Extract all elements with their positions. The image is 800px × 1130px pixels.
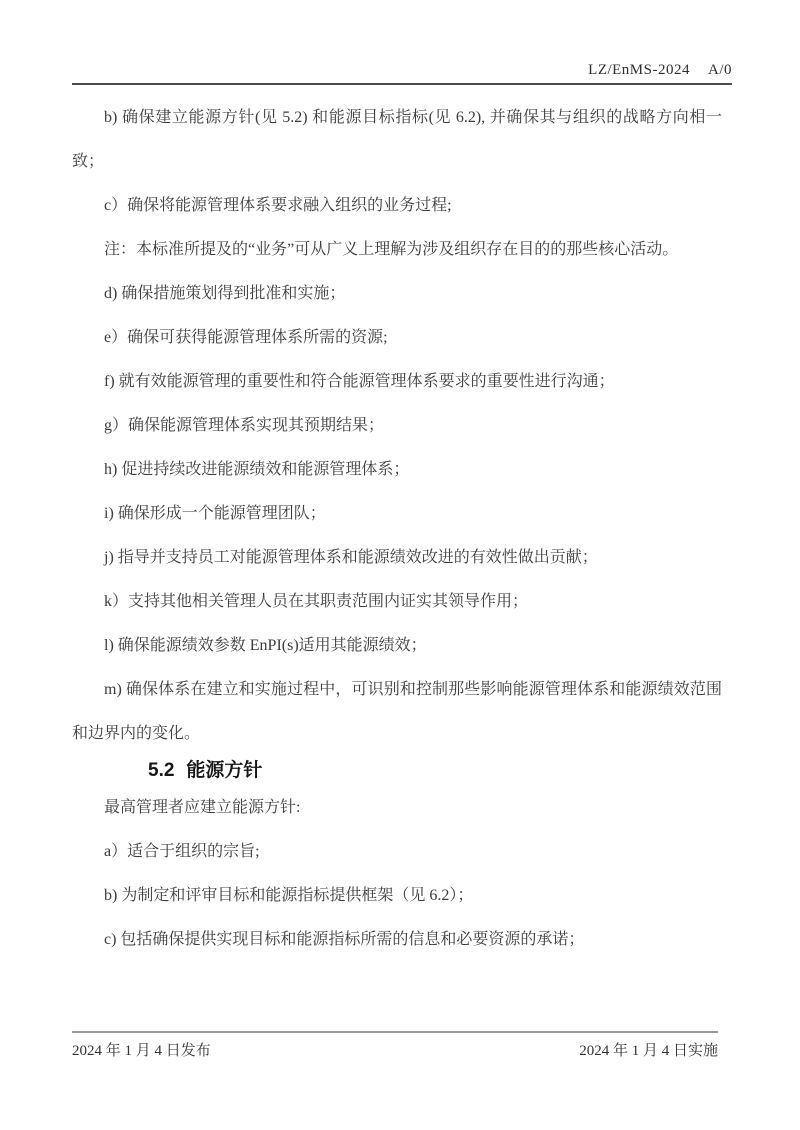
section-intro: 最高管理者应建立能源方针: (72, 786, 722, 830)
page-header: LZ/EnMS-2024A/0 (72, 62, 732, 85)
implement-date: 2024 年 1 月 4 日实施 (579, 1039, 718, 1060)
document-code: LZ/EnMS-2024 (588, 62, 690, 78)
list-item-j: j) 指导并支持员工对能源管理体系和能源绩效改进的有效性做出贡献； (72, 536, 722, 580)
list-item-d: d) 确保措施策划得到批准和实施； (72, 272, 722, 316)
section-item-b: b) 为制定和评审目标和能源指标提供框架（见 6.2）； (72, 874, 722, 918)
document-page: LZ/EnMS-2024A/0 b) 确保建立能源方针(见 5.2) 和能源目标… (0, 0, 800, 1130)
section-title: 能源方针 (186, 760, 262, 781)
list-item-g: g）确保能源管理体系实现其预期结果； (72, 404, 722, 448)
list-item-e: e）确保可获得能源管理体系所需的资源; (72, 316, 722, 360)
section-item-c: c) 包括确保提供实现目标和能源指标所需的信息和必要资源的承诺； (72, 918, 722, 962)
list-item-i: i) 确保形成一个能源管理团队； (72, 492, 722, 536)
list-item-m: m) 确保体系在建立和实施过程中，可识别和控制那些影响能源管理体系和能源绩效范围… (72, 668, 722, 756)
list-item-f: f) 就有效能源管理的重要性和符合能源管理体系要求的重要性进行沟通； (72, 360, 722, 404)
list-item-c: c）确保将能源管理体系要求融入组织的业务过程; (72, 184, 722, 228)
list-item-b: b) 确保建立能源方针(见 5.2) 和能源目标指标(见 6.2), 并确保其与… (72, 96, 722, 184)
list-item-h: h) 促进持续改进能源绩效和能源管理体系； (72, 448, 722, 492)
note-line: 注：本标准所提及的“业务”可从广义上理解为涉及组织存在目的的那些核心活动。 (72, 228, 722, 272)
document-body: b) 确保建立能源方针(见 5.2) 和能源目标指标(见 6.2), 并确保其与… (72, 96, 722, 962)
section-number: 5.2 (110, 756, 174, 786)
list-item-l: l) 确保能源绩效参数 EnPI(s)适用其能源绩效； (72, 624, 722, 668)
section-heading: 5.2能源方针 (72, 756, 722, 786)
list-item-k: k）支持其他相关管理人员在其职责范围内证实其领导作用； (72, 580, 722, 624)
section-item-a: a）适合于组织的宗旨; (72, 830, 722, 874)
release-date: 2024 年 1 月 4 日发布 (72, 1039, 211, 1060)
document-version: A/0 (708, 62, 732, 79)
page-footer: 2024 年 1 月 4 日发布 2024 年 1 月 4 日实施 (72, 1031, 718, 1060)
